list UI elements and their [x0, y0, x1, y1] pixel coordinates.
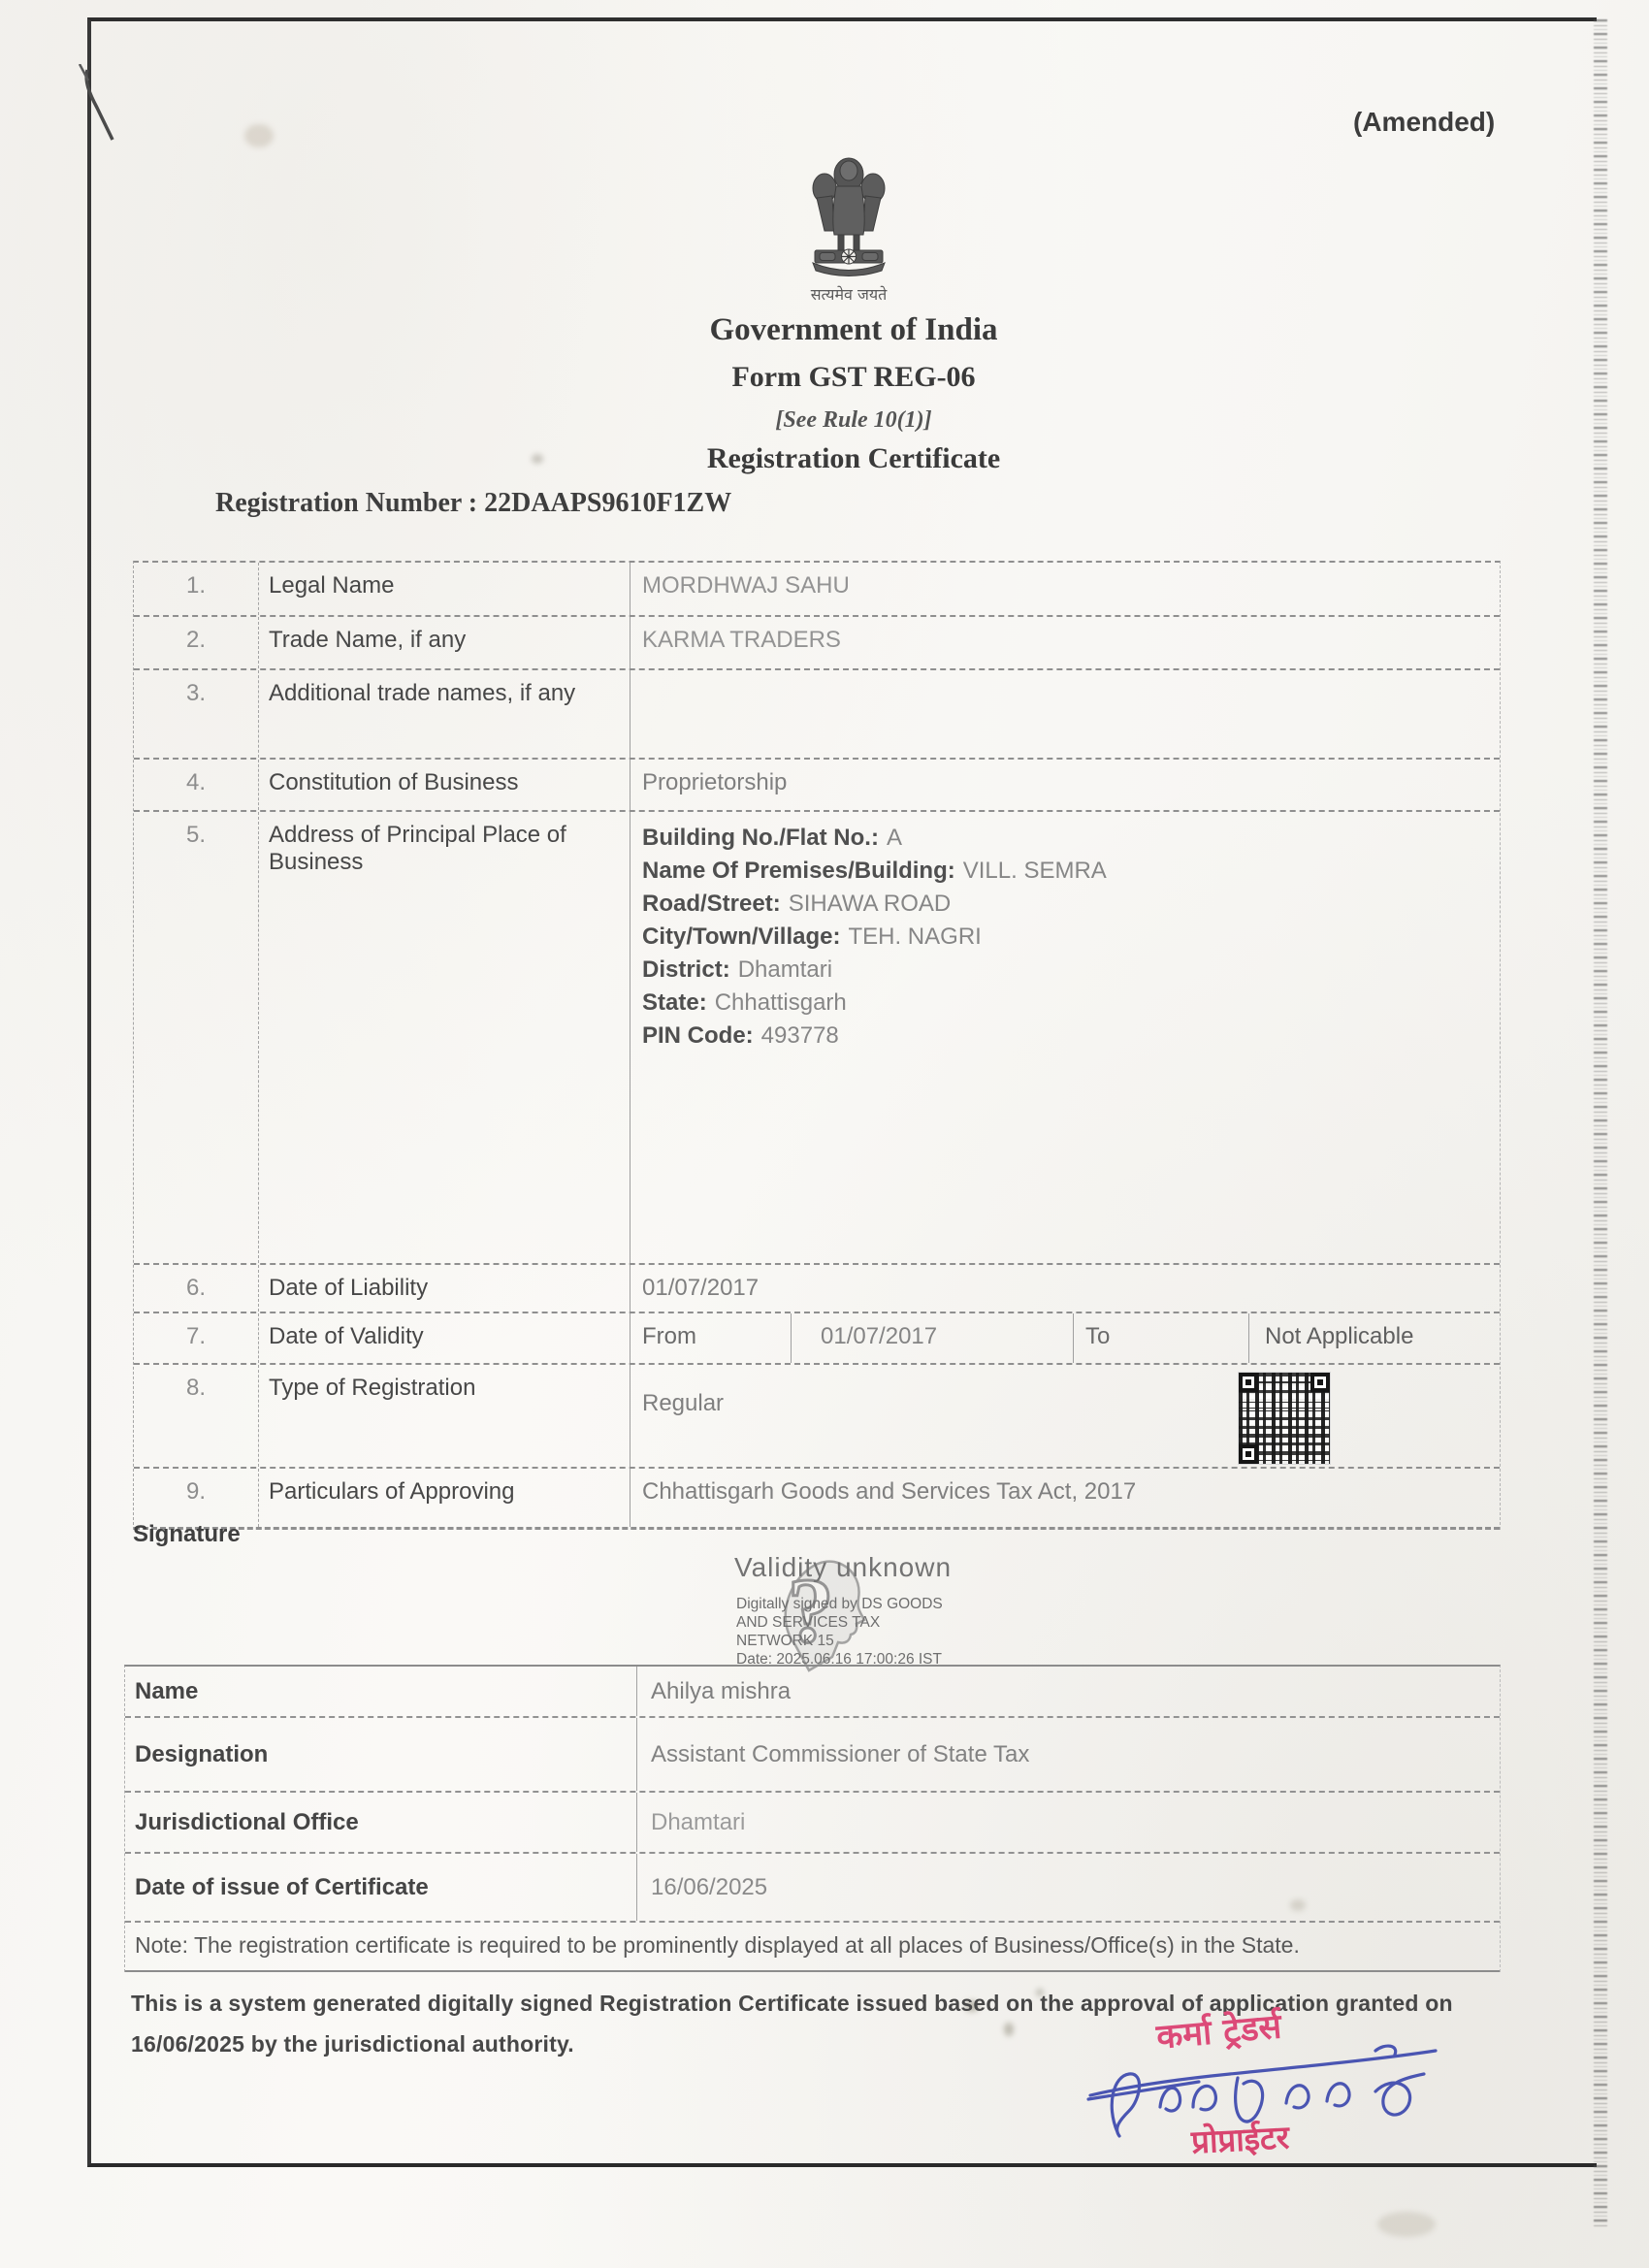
stamp-proprietor-title: प्रोप्राईटर	[1190, 2114, 1290, 2162]
table-row-additional-trade-names: 3. Additional trade names, if any	[134, 670, 1500, 760]
field-value: 01/07/2017	[630, 1265, 1500, 1312]
table-row-date-of-liability: 6. Date of Liability 01/07/2017	[134, 1265, 1500, 1313]
rule-reference: [See Rule 10(1)]	[272, 407, 1436, 434]
display-note: Note: The registration certificate is re…	[125, 1923, 1309, 1970]
field-label: Trade Name, if any	[259, 617, 630, 668]
signed-by-line: AND SERVICES TAX	[736, 1613, 943, 1632]
table-row-date-of-validity: 7. Date of Validity From 01/07/2017 To N…	[134, 1313, 1500, 1365]
officer-note-row: Note: The registration certificate is re…	[125, 1923, 1500, 1972]
form-title: Form GST REG-06	[272, 361, 1436, 394]
row-number: 2.	[134, 617, 259, 668]
emblem-motto: सत्यमेव जयते	[766, 283, 931, 305]
amended-note: (Amended)	[1353, 107, 1495, 138]
row-number: 7.	[134, 1313, 259, 1363]
row-number: 5.	[134, 812, 259, 1263]
field-label: Date of Validity	[259, 1313, 630, 1363]
qr-finder-mark	[1239, 1444, 1258, 1464]
signed-by-line: Digitally signed by DS GOODS	[736, 1595, 943, 1613]
address-line: Name Of Premises/Building:VILL. SEMRA	[642, 855, 1492, 888]
validity-sub-cells: From 01/07/2017 To Not Applicable	[630, 1313, 1500, 1363]
field-label: Jurisdictional Office	[125, 1809, 636, 1836]
validity-to-value: Not Applicable	[1249, 1313, 1500, 1363]
row-number: 4.	[134, 760, 259, 810]
row-number: 3.	[134, 670, 259, 758]
field-label: Date of issue of Certificate	[125, 1874, 636, 1901]
registration-details-table: 1. Legal Name MORDHWAJ SAHU 2. Trade Nam…	[133, 561, 1501, 1530]
field-value	[630, 670, 1500, 758]
qr-code	[1239, 1373, 1330, 1464]
officer-row-jurisdictional-office: Jurisdictional Office Dhamtari	[125, 1793, 1500, 1854]
field-label: Legal Name	[259, 563, 630, 615]
field-value: KARMA TRADERS	[630, 617, 1500, 668]
field-value: Chhattisgarh Goods and Services Tax Act,…	[630, 1469, 1500, 1527]
field-value: MORDHWAJ SAHU	[630, 563, 1500, 615]
field-label: Particulars of Approving	[259, 1469, 630, 1527]
field-value: Regular	[642, 1390, 724, 1416]
address-line: PIN Code:493778	[642, 1020, 1492, 1053]
approving-officer-table: Name Ahilya mishra Designation Assistant…	[124, 1665, 1501, 1972]
row-number: 9.	[134, 1469, 259, 1527]
officer-row-name: Name Ahilya mishra	[125, 1667, 1500, 1718]
qr-finder-mark	[1310, 1373, 1330, 1392]
field-label: Date of Liability	[259, 1265, 630, 1312]
row-number: 1.	[134, 563, 259, 615]
validity-from-value: 01/07/2017	[792, 1313, 1074, 1363]
field-label: Address of Principal Place of Business	[259, 812, 630, 1263]
field-value: Proprietorship	[630, 760, 1500, 810]
field-label: Designation	[125, 1741, 636, 1768]
certificate-title: Registration Certificate	[272, 442, 1436, 475]
scan-bleed-strip	[1594, 19, 1607, 2226]
scanned-certificate-page: (Amended) सत्यमेव जयते Government of Ind…	[0, 0, 1649, 2268]
row-number: 8.	[134, 1365, 259, 1467]
qr-finder-mark	[1239, 1373, 1258, 1392]
officer-row-issue-date: Date of issue of Certificate 16/06/2025	[125, 1854, 1500, 1923]
address-line: City/Town/Village:TEH. NAGRI	[642, 921, 1492, 954]
address-line: State:Chhattisgarh	[642, 987, 1492, 1020]
address-line: Road/Street:SIHAWA ROAD	[642, 888, 1492, 921]
table-row-legal-name: 1. Legal Name MORDHWAJ SAHU	[134, 563, 1500, 617]
field-value: Dhamtari	[636, 1793, 1500, 1852]
validity-from-label: From	[630, 1313, 792, 1363]
address-value: Building No./Flat No.:A Name Of Premises…	[630, 812, 1500, 1263]
table-row-trade-name: 2. Trade Name, if any KARMA TRADERS	[134, 617, 1500, 670]
row-number: 6.	[134, 1265, 259, 1312]
address-line: Building No./Flat No.:A	[642, 822, 1492, 855]
validity-status-text: Validity unknown	[734, 1552, 952, 1583]
signature-label: Signature	[133, 1521, 241, 1548]
india-emblem-icon	[788, 142, 910, 281]
government-title: Government of India	[272, 312, 1436, 348]
field-value: 16/06/2025	[636, 1854, 1500, 1921]
table-row-type-of-registration: 8. Type of Registration Regular	[134, 1365, 1500, 1469]
field-label: Name	[125, 1678, 636, 1705]
validity-to-label: To	[1074, 1313, 1249, 1363]
field-value: Ahilya mishra	[636, 1667, 1500, 1716]
field-label: Type of Registration	[259, 1365, 630, 1467]
officer-row-designation: Designation Assistant Commissioner of St…	[125, 1718, 1500, 1793]
address-line: District:Dhamtari	[642, 954, 1492, 987]
paper-stain	[1377, 2212, 1436, 2237]
table-row-address: 5. Address of Principal Place of Busines…	[134, 812, 1500, 1265]
signed-by-line: NETWORK 15	[736, 1632, 943, 1650]
table-row-constitution: 4. Constitution of Business Proprietorsh…	[134, 760, 1500, 812]
field-label: Constitution of Business	[259, 760, 630, 810]
digital-signature-details: Digitally signed by DS GOODS AND SERVICE…	[736, 1595, 943, 1669]
table-row-particulars: 9. Particulars of Approving Chhattisgarh…	[134, 1469, 1500, 1530]
registration-number: Registration Number : 22DAAPS9610F1ZW	[215, 488, 731, 519]
pen-scratch-mark	[58, 64, 136, 161]
field-label: Additional trade names, if any	[259, 670, 630, 758]
field-value: Assistant Commissioner of State Tax	[636, 1718, 1500, 1791]
registration-type-cell: Regular	[630, 1365, 1500, 1467]
